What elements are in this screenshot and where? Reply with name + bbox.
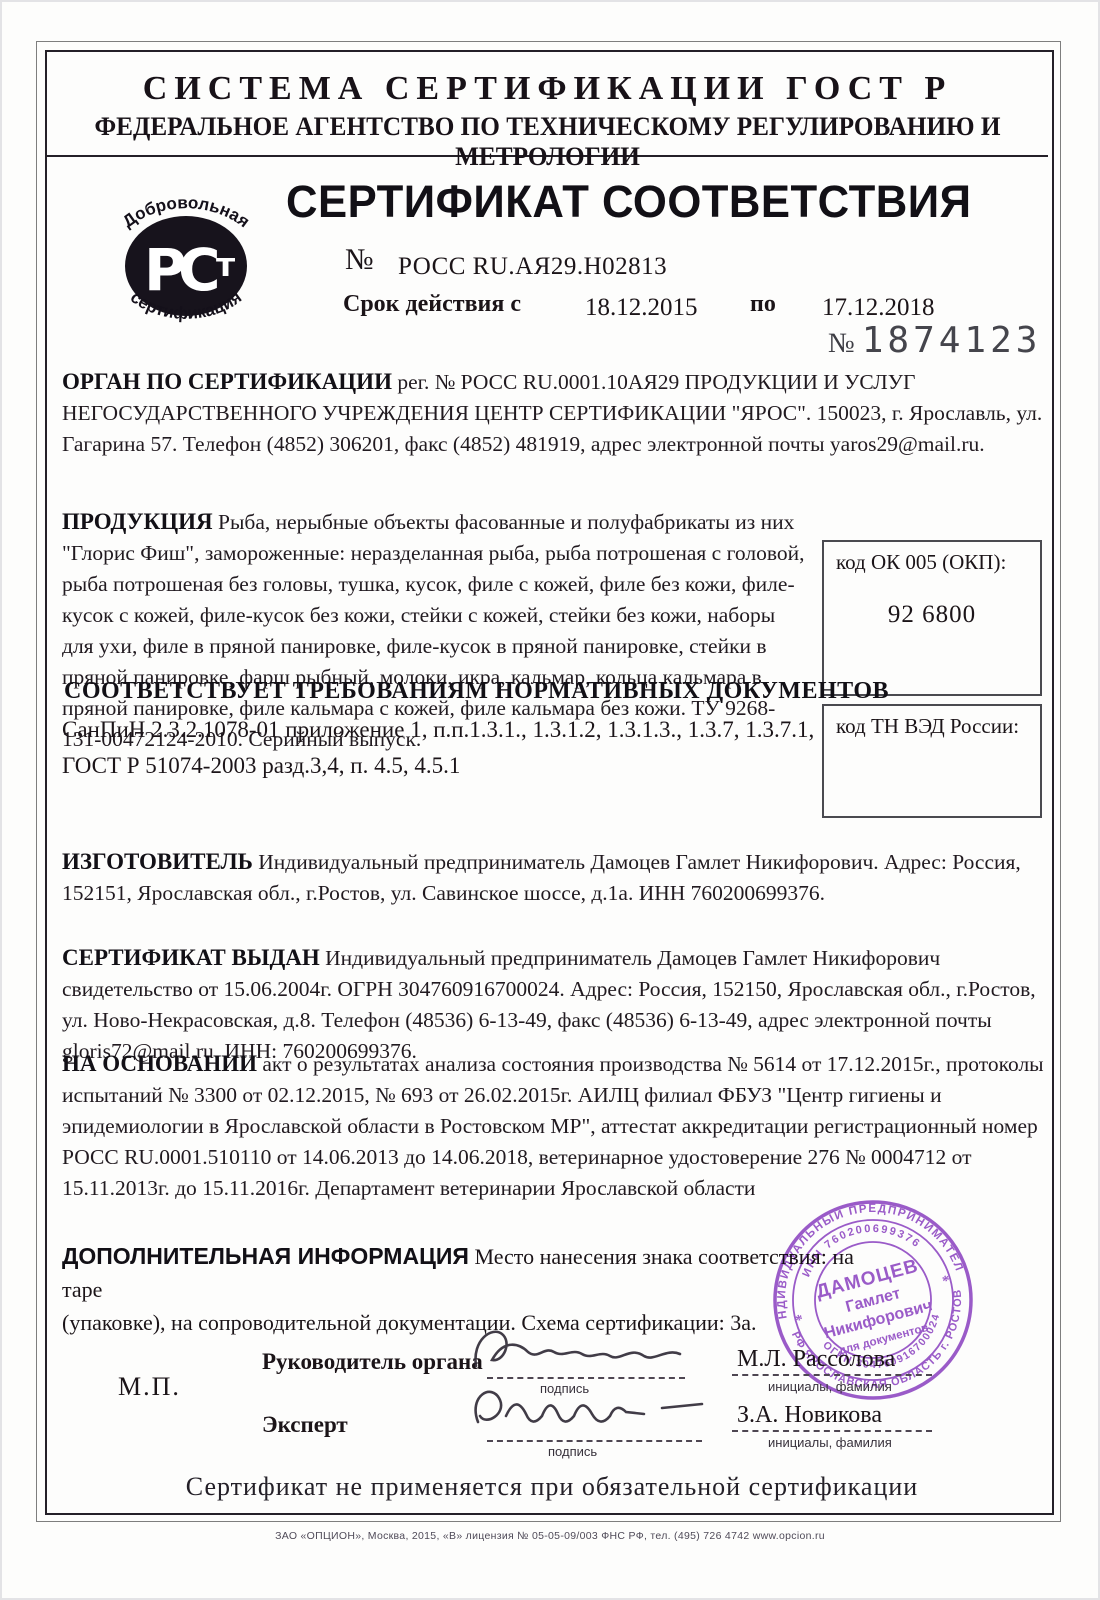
tnved-code-box: код ТН ВЭД России: bbox=[822, 704, 1042, 818]
validity-date-from: 18.12.2015 bbox=[585, 294, 698, 322]
certificate-title: СЕРТИФИКАТ СООТВЕТСТВИЯ bbox=[286, 176, 971, 228]
blank-serial-number: № 1874123 bbox=[828, 320, 1041, 361]
issued-to-label: СЕРТИФИКАТ ВЫДАН bbox=[62, 945, 320, 970]
basis-label: НА ОСНОВАНИИ bbox=[62, 1051, 257, 1076]
conformity-documents: СанПиН 2.3.2.1078-01 приложение 1, п.п.1… bbox=[62, 712, 852, 784]
serial-number-sign: № bbox=[828, 328, 855, 359]
head-of-body-role-label: Руководитель органа bbox=[262, 1349, 483, 1375]
logo-letter-t: т bbox=[216, 245, 235, 284]
validity-to-label: по bbox=[750, 291, 776, 318]
head-signature-ink bbox=[468, 1318, 698, 1380]
conformity-heading: СООТВЕТСТВУЕТ ТРЕБОВАНИЯМ НОРМАТИВНЫХ ДО… bbox=[64, 678, 1024, 705]
okp-code-value: 92 6800 bbox=[824, 601, 1040, 629]
conformity-line-sanpin: СанПиН 2.3.2.1078-01 приложение 1, п.п.1… bbox=[62, 712, 852, 748]
okp-code-box: код ОК 005 (ОКП): 92 6800 bbox=[822, 540, 1042, 696]
expert-signature-caption: подпись bbox=[548, 1444, 597, 1459]
printer-imprint: ЗАО «ОПЦИОН», Москва, 2015, «В» лицензия… bbox=[0, 1530, 1100, 1542]
rst-voluntary-certification-logo: Добровольная Р С т сертификация bbox=[88, 176, 284, 346]
certificate-number-label: № bbox=[345, 243, 374, 277]
expert-signature-ink bbox=[462, 1378, 722, 1446]
stamp-star-left-icon: * bbox=[794, 1312, 805, 1329]
tnved-code-label: код ТН ВЭД России: bbox=[824, 706, 1040, 739]
stamp-place-label: М.П. bbox=[118, 1372, 181, 1402]
certificate-page: { "header": { "line1": "СИСТЕМА СЕРТИФИК… bbox=[0, 0, 1100, 1600]
logo-letter-s: С bbox=[178, 236, 221, 304]
head-name-caption: инициалы, фамилия bbox=[768, 1379, 892, 1394]
header-system-title: СИСТЕМА СЕРТИФИКАЦИИ ГОСТ Р bbox=[47, 70, 1048, 108]
expert-name-caption: инициалы, фамилия bbox=[768, 1435, 892, 1450]
head-name-value: М.Л. Рассолова bbox=[737, 1346, 895, 1373]
expert-signature-line bbox=[487, 1440, 702, 1442]
expert-role-label: Эксперт bbox=[262, 1412, 348, 1438]
head-signature-caption: подпись bbox=[540, 1381, 589, 1396]
okp-code-label: код ОК 005 (ОКП): bbox=[824, 542, 1040, 575]
expert-name-line bbox=[732, 1430, 932, 1432]
head-signature-line bbox=[487, 1377, 685, 1379]
footer-note: Сертификат не применяется при обязательн… bbox=[62, 1472, 1042, 1502]
serial-number-digits: 1874123 bbox=[862, 320, 1042, 361]
section-manufacturer: ИЗГОТОВИТЕЛЬ Индивидуальный предпринимат… bbox=[62, 846, 1047, 909]
product-label: ПРОДУКЦИЯ bbox=[62, 509, 213, 534]
conformity-line-gost: ГОСТ Р 51074-2003 разд.3,4, п. 4.5, 4.5.… bbox=[62, 748, 852, 784]
validity-date-to: 17.12.2018 bbox=[822, 294, 935, 322]
certificate-number-value: РОСС RU.АЯ29.Н02813 bbox=[398, 253, 667, 281]
manufacturer-label: ИЗГОТОВИТЕЛЬ bbox=[62, 849, 253, 874]
head-name-line bbox=[732, 1374, 932, 1376]
section-basis: НА ОСНОВАНИИ акт о результатах анализа с… bbox=[62, 1048, 1047, 1204]
certification-body-label: ОРГАН ПО СЕРТИФИКАЦИИ bbox=[62, 369, 392, 394]
additional-info-label: ДОПОЛНИТЕЛЬНАЯ ИНФОРМАЦИЯ bbox=[62, 1243, 469, 1269]
validity-label: Срок действия с bbox=[343, 291, 521, 318]
header-agency-title: ФЕДЕРАЛЬНОЕ АГЕНТСТВО ПО ТЕХНИЧЕСКОМУ РЕ… bbox=[62, 112, 1033, 172]
section-certification-body: ОРГАН ПО СЕРТИФИКАЦИИ рег. № РОСС RU.000… bbox=[62, 366, 1047, 460]
expert-name-value: З.А. Новикова bbox=[737, 1402, 882, 1429]
